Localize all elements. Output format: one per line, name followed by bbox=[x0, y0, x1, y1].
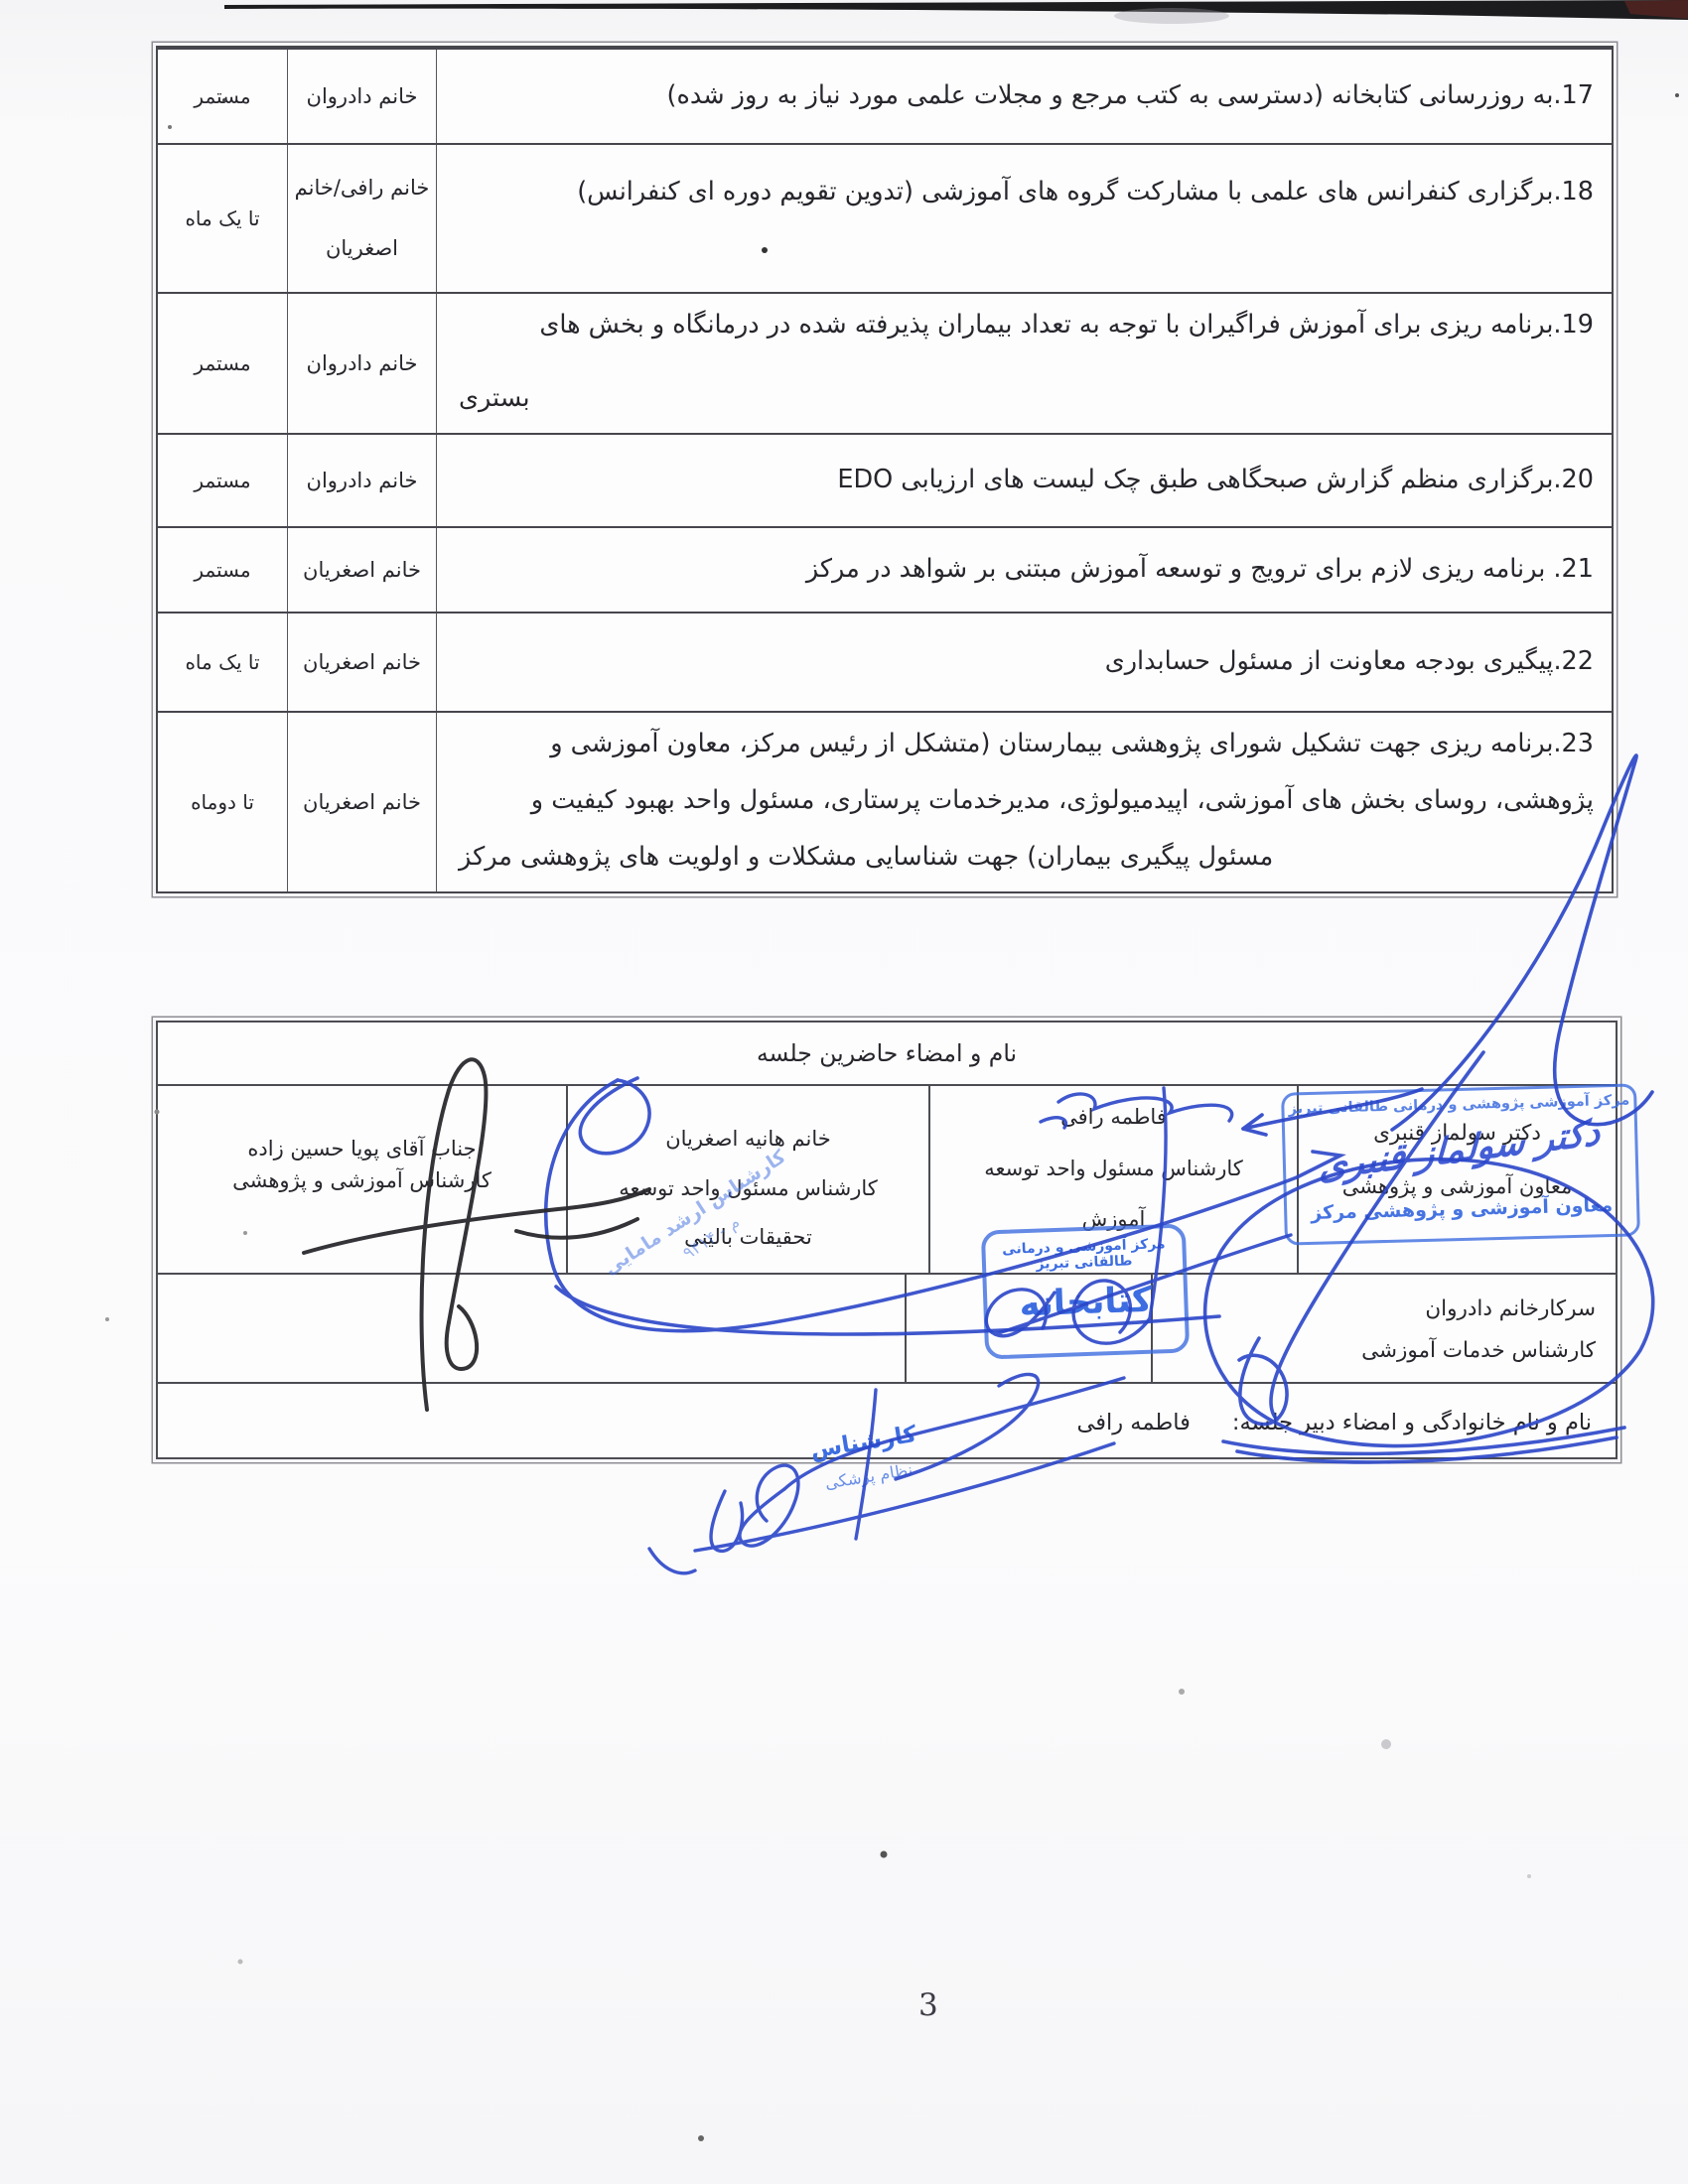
speck bbox=[105, 1317, 109, 1321]
stamp-text: معاون آموزشی و پژوهشی مرکز bbox=[1287, 1193, 1636, 1224]
owner-cell: خانم اصغریان bbox=[287, 528, 436, 612]
task-cell: 23.برنامه ریزی جهت تشکیل شورای پژوهشی بی… bbox=[436, 713, 1612, 891]
speck bbox=[1675, 93, 1679, 97]
task-text: مسئول پیگیری بیماران) جهت شناسایی مشکلات… bbox=[459, 838, 1594, 878]
attendee-cell-hosseinzadeh: جناب آقای پویا حسین زاده کارشناس آموزشی … bbox=[158, 1086, 566, 1273]
owner-cell: خانم دادروان bbox=[287, 294, 436, 433]
secretary-name: فاطمه رافی bbox=[1077, 1410, 1191, 1435]
attendee-role: کارشناس مسئول واحد توسعه bbox=[930, 1154, 1297, 1185]
scan-smudge bbox=[1114, 8, 1229, 24]
table-row: 21. برنامه ریزی لازم برای ترویج و توسعه … bbox=[158, 528, 1612, 614]
stamp-text: مرکز آموزشی و درمانی طالقانی تبریز bbox=[985, 1236, 1183, 1275]
task-text: 18.برگزاری کنفرانس های علمی با مشارکت گر… bbox=[459, 173, 1594, 212]
secretary-label: نام و نام خانوادگی و امضاء دبیر جلسه: bbox=[1232, 1410, 1592, 1435]
task-text: 21. برنامه ریزی لازم برای ترویج و توسعه … bbox=[459, 550, 1594, 590]
owner-cell: خانم اصغریان bbox=[287, 713, 436, 891]
task-cell: 21. برنامه ریزی لازم برای ترویج و توسعه … bbox=[436, 528, 1612, 612]
task-cell: 22.پیگیری بودجه معاونت از مسئول حسابداری bbox=[436, 614, 1612, 711]
due-cell: تا دوماه bbox=[158, 713, 287, 891]
task-text: 22.پیگیری بودجه معاونت از مسئول حسابداری bbox=[459, 642, 1594, 682]
attendees-row: سرکارخانم دادروان کارشناس خدمات آموزشی bbox=[158, 1273, 1616, 1382]
speck bbox=[1179, 1689, 1185, 1695]
due-cell: تا یک ماه bbox=[158, 614, 287, 711]
speck bbox=[698, 2135, 704, 2141]
table-row: 22.پیگیری بودجه معاونت از مسئول حسابداری… bbox=[158, 614, 1612, 713]
table-row: 18.برگزاری کنفرانس های علمی با مشارکت گر… bbox=[158, 145, 1612, 294]
action-items-table: 17.به روزرسانی کتابخانه (دسترسی به کتب م… bbox=[156, 46, 1614, 893]
speck bbox=[238, 1960, 243, 1965]
due-cell: مستمر bbox=[158, 528, 287, 612]
library-stamp: مرکز آموزشی و درمانی طالقانی تبریز کتابخ… bbox=[981, 1223, 1190, 1359]
attendee-name: سرکارخانم دادروان bbox=[1153, 1289, 1596, 1330]
task-cell: 18.برگزاری کنفرانس های علمی با مشارکت گر… bbox=[436, 145, 1612, 292]
due-cell: تا یک ماه bbox=[158, 145, 287, 292]
task-text: 23.برنامه ریزی جهت تشکیل شورای پژوهشی بی… bbox=[459, 725, 1594, 764]
speck bbox=[881, 1851, 888, 1858]
table-row: 23.برنامه ریزی جهت تشکیل شورای پژوهشی بی… bbox=[158, 713, 1612, 891]
due-cell: مستمر bbox=[158, 435, 287, 526]
table-row: 19.برنامه ریزی برای آموزش فراگیران با تو… bbox=[158, 294, 1612, 435]
signature-table-title: نام و امضاء حاضرین جلسه bbox=[158, 1023, 1616, 1086]
attendee-name: خانم هانیه اصغریان bbox=[568, 1124, 928, 1156]
task-text: 17.به روزرسانی کتابخانه (دسترسی به کتب م… bbox=[459, 76, 1594, 116]
attendee-name: جناب آقای پویا حسین زاده bbox=[158, 1134, 566, 1165]
owner-cell: خانم دادروان bbox=[287, 435, 436, 526]
owner-cell: خانم رافی/خانم اصغریان bbox=[287, 145, 436, 292]
speck bbox=[1381, 1739, 1391, 1749]
task-cell: 19.برنامه ریزی برای آموزش فراگیران با تو… bbox=[436, 294, 1612, 433]
attendee-name: فاطمه رافی bbox=[930, 1102, 1297, 1134]
due-cell: مستمر bbox=[158, 50, 287, 143]
task-text: 20.برگزاری منظم گزارش صبحگاهی طبق چک لیس… bbox=[459, 461, 1594, 500]
scanner-edge-red-tint bbox=[1624, 0, 1688, 19]
attendee-role: کارشناس خدمات آموزشی bbox=[1153, 1330, 1596, 1372]
speck bbox=[1527, 1874, 1531, 1878]
scanner-edge-artifact bbox=[224, 0, 1688, 20]
table-row: 20.برگزاری منظم گزارش صبحگاهی طبق چک لیس… bbox=[158, 435, 1612, 528]
owner-cell: خانم اصغریان bbox=[287, 614, 436, 711]
table-row: 17.به روزرسانی کتابخانه (دسترسی به کتب م… bbox=[158, 50, 1612, 145]
task-text: 19.برنامه ریزی برای آموزش فراگیران با تو… bbox=[459, 306, 1594, 345]
page-number: 3 bbox=[918, 1987, 938, 2023]
task-text: بستری bbox=[459, 379, 1594, 419]
due-cell: مستمر bbox=[158, 294, 287, 433]
attendee-cell-dadravan: سرکارخانم دادروان کارشناس خدمات آموزشی bbox=[1151, 1275, 1616, 1382]
empty-cell bbox=[158, 1275, 905, 1382]
task-cell: 20.برگزاری منظم گزارش صبحگاهی طبق چک لیس… bbox=[436, 435, 1612, 526]
task-text: پژوهشی، روسای بخش های آموزشی، اپیدمیولوژ… bbox=[459, 781, 1594, 821]
stamp-text: کتابخانه bbox=[987, 1280, 1185, 1326]
attendee-role: کارشناس آموزشی و پژوهشی bbox=[158, 1165, 566, 1197]
task-cell: 17.به روزرسانی کتابخانه (دسترسی به کتب م… bbox=[436, 50, 1612, 143]
owner-cell: خانم دادروان bbox=[287, 50, 436, 143]
